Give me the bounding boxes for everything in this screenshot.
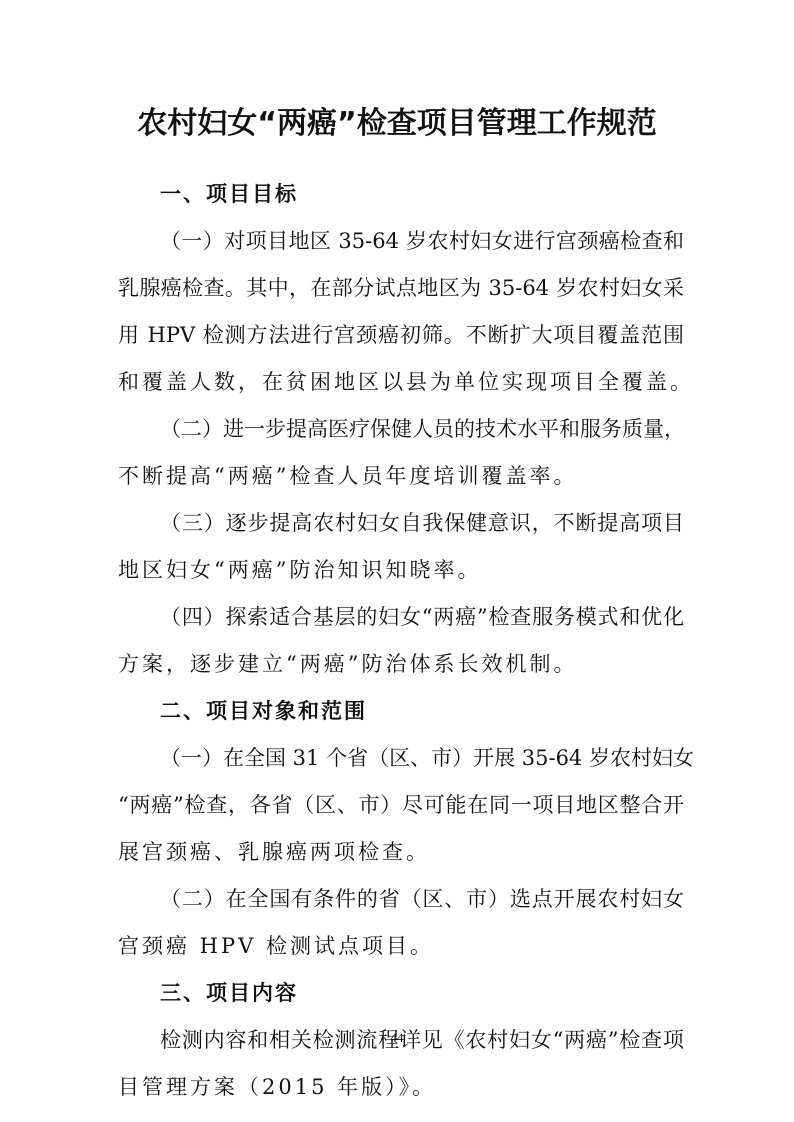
paragraph-line: （二）在全国有条件的省（区、市）选点开展农村妇女 — [160, 885, 684, 913]
section-heading-2: 二、项目对象和范围 — [160, 697, 367, 725]
paragraph-line: （三）逐步提高农村妇女自我保健意识，不断提高项目 — [160, 509, 684, 537]
page-number: 44 — [0, 1030, 794, 1046]
paragraph-line: 和覆盖人数，在贫困地区以县为单位实现项目全覆盖。 — [118, 368, 684, 396]
paragraph-line: （二）进一步提高医疗保健人员的技术水平和服务质量， — [160, 415, 684, 443]
paragraph-line: 不断提高“两癌”检查人员年度培训覆盖率。 — [118, 462, 684, 490]
paragraph-line: 展宫颈癌、乳腺癌两项检查。 — [118, 838, 684, 866]
paragraph-line: （一）在全国 31 个省（区、市）开展 35-64 岁农村妇女 — [160, 744, 684, 772]
section-heading-3: 三、项目内容 — [160, 979, 298, 1007]
paragraph-line: 地区妇女“两癌”防治知识知晓率。 — [118, 556, 684, 584]
paragraph-line: 方案，逐步建立“两癌”防治体系长效机制。 — [118, 650, 684, 678]
paragraph-line: （四）探索适合基层的妇女“两癌”检查服务模式和优化 — [160, 603, 684, 631]
document-title: 农村妇女“两癌”检查项目管理工作规范 — [0, 98, 794, 142]
paragraph-line: 宫颈癌 HPV 检测试点项目。 — [118, 932, 684, 960]
paragraph-line: 用 HPV 检测方法进行宫颈癌初筛。不断扩大项目覆盖范围 — [118, 321, 684, 349]
paragraph-line: 乳腺癌检查。其中，在部分试点地区为 35-64 岁农村妇女采 — [118, 274, 684, 302]
paragraph-line: “两癌”检查，各省（区、市）尽可能在同一项目地区整合开 — [118, 791, 684, 819]
paragraph-line: （一）对项目地区 35-64 岁农村妇女进行宫颈癌检查和 — [160, 227, 684, 255]
section-heading-1: 一、项目目标 — [160, 180, 298, 208]
paragraph-line: 目管理方案（2015 年版）》。 — [118, 1073, 684, 1101]
